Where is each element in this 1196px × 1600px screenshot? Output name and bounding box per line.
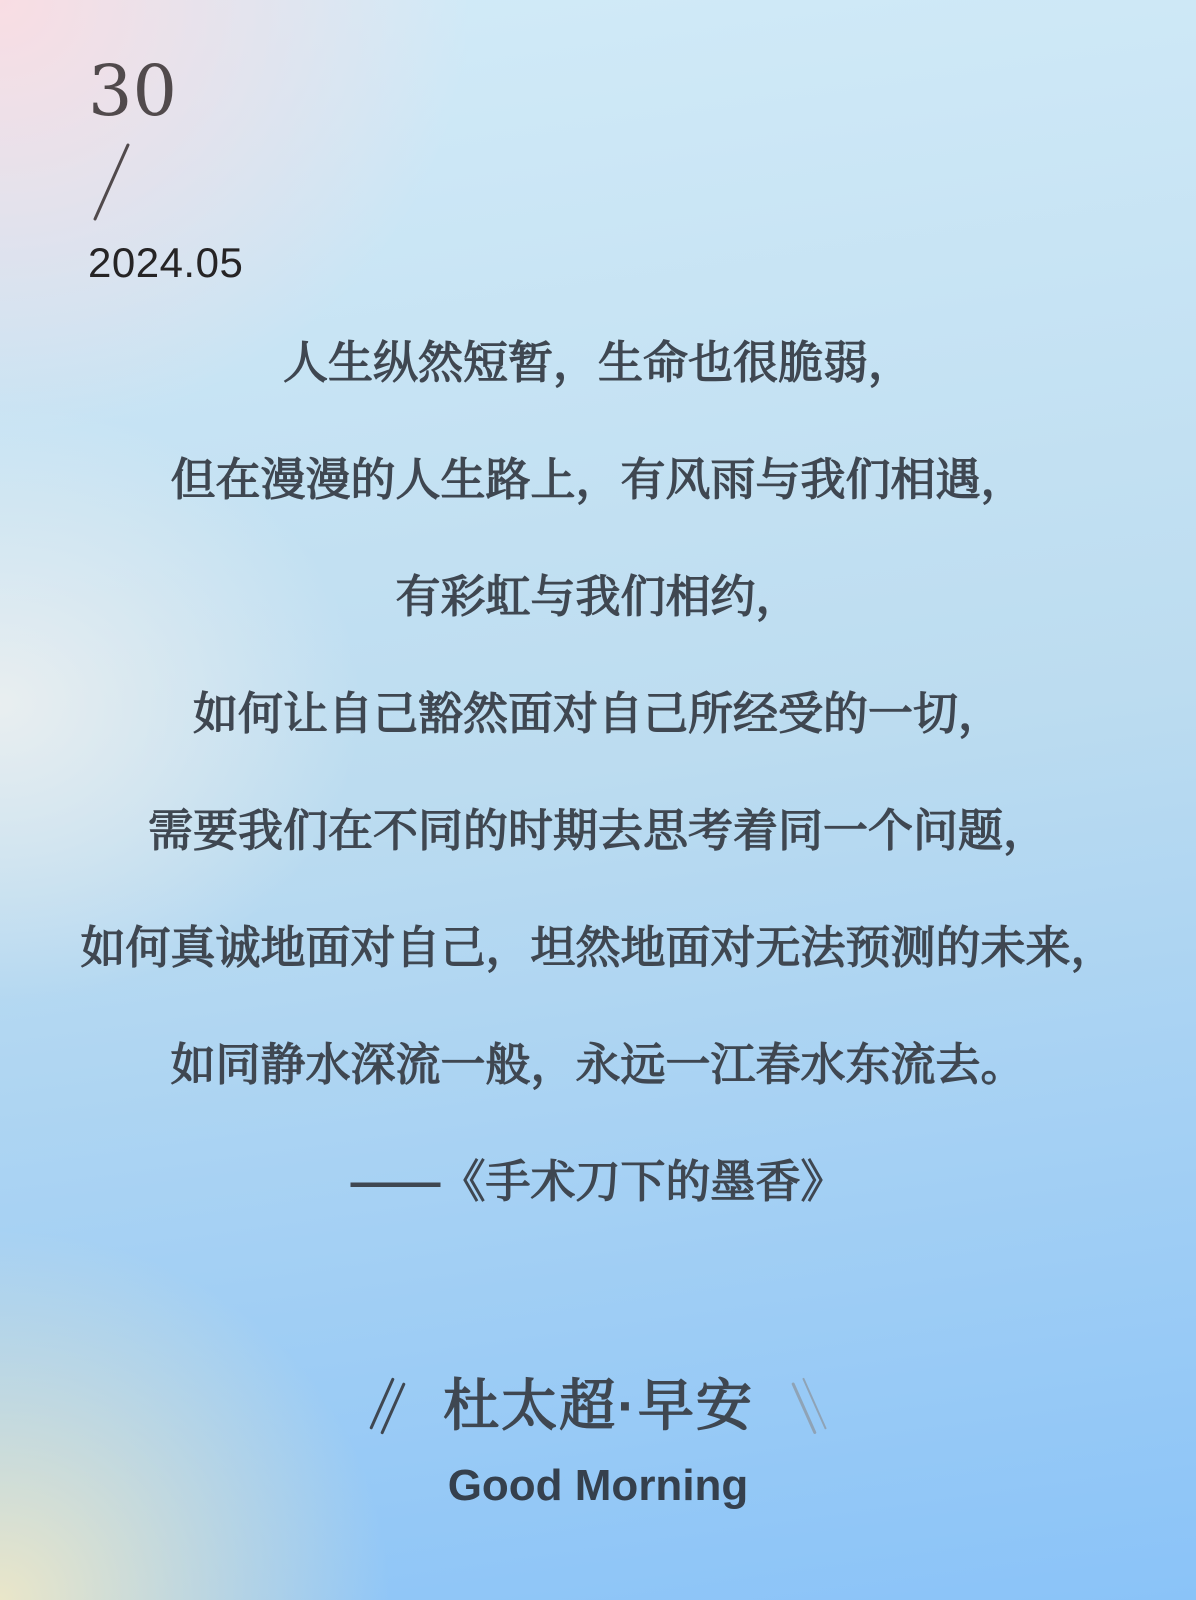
quote-block: 人生纵然短暂，生命也很脆弱， 但在漫漫的人生路上，有风雨与我们相遇， 有彩虹与我…	[0, 304, 1196, 1240]
date-slash-divider	[93, 143, 130, 221]
quote-line: 如何真诚地面对自己，坦然地面对无法预测的未来，	[0, 889, 1196, 1006]
date-block: 30 2024.05	[88, 56, 243, 284]
quote-line: 有彩虹与我们相约，	[0, 538, 1196, 655]
quote-line: 人生纵然短暂，生命也很脆弱，	[0, 304, 1196, 421]
signature-subtitle: Good Morning	[0, 1464, 1196, 1508]
date-month: 2024.05	[88, 242, 243, 284]
quote-line: 需要我们在不同的时期去思考着同一个问题，	[0, 772, 1196, 889]
date-day: 30	[88, 56, 243, 126]
quote-line: 如同静水深流一般，永远一江春水东流去。	[0, 1006, 1196, 1123]
quote-line: 如何让自己豁然面对自己所经受的一切，	[0, 655, 1196, 772]
double-slash-icon	[369, 1377, 405, 1434]
signature-name: 杜太超·早安	[443, 1378, 754, 1434]
double-backslash-icon	[791, 1378, 827, 1435]
signature-row: 杜太超·早安	[0, 1378, 1196, 1434]
quote-line: 但在漫漫的人生路上，有风雨与我们相遇，	[0, 421, 1196, 538]
quote-attribution: ——《手术刀下的墨香》	[0, 1123, 1196, 1240]
